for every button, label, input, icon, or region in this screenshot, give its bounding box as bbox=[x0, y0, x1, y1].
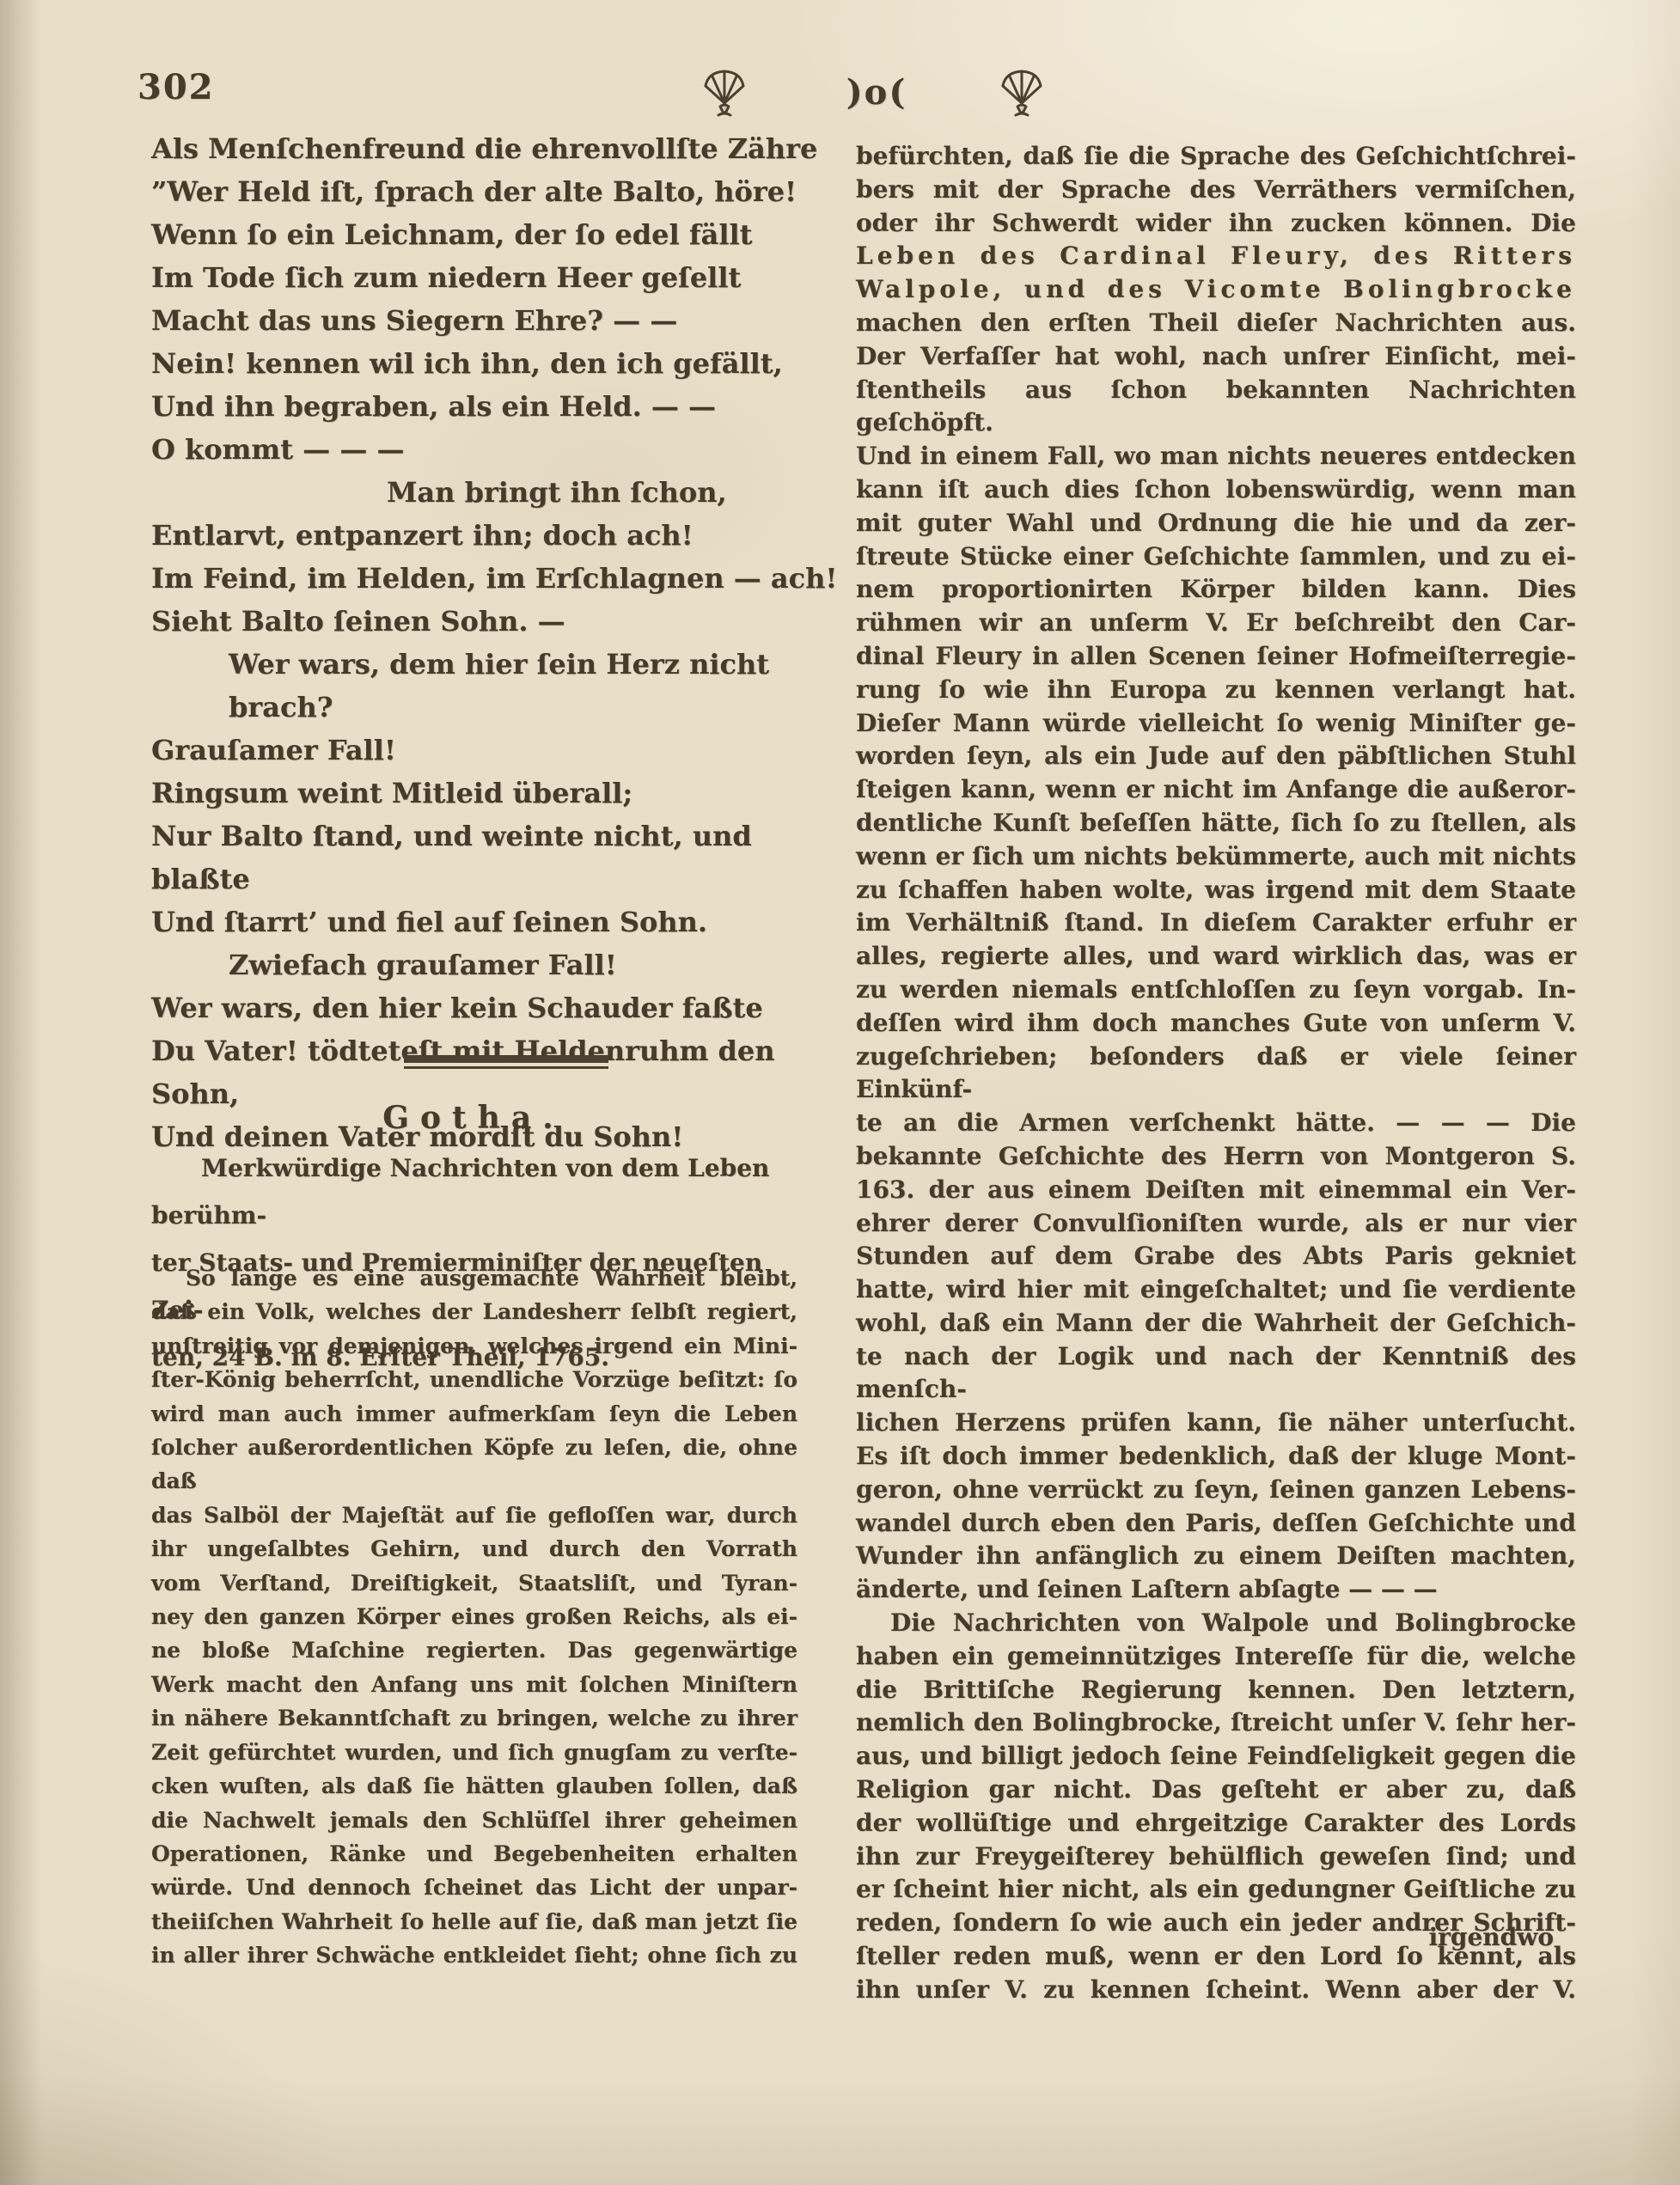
text-line: Entlarvt, entpanzert ihn; doch ach! bbox=[151, 514, 839, 557]
text-line: Nein! kennen wil ich ihn, den ich gefäll… bbox=[151, 342, 839, 385]
text-line: er ſcheint hier nicht, als ein gedungner… bbox=[856, 1873, 1576, 1907]
text-line: dentliche Kunſt beſeſſen hätte, ſich ſo … bbox=[856, 807, 1576, 840]
poem-block: Als Menſchenfreund die ehrenvollſte Zähr… bbox=[151, 127, 839, 1158]
text-line: Nur Balto ſtand, und weinte nicht, und b… bbox=[151, 815, 839, 900]
text-line: machen den erſten Theil dieſer Nachricht… bbox=[856, 307, 1576, 340]
text-line: Zwiefach grauſamer Fall! bbox=[151, 943, 839, 986]
section-divider-rule bbox=[404, 1055, 608, 1070]
text-line: ney den ganzen Körper eines großen Reich… bbox=[151, 1600, 797, 1633]
text-line: ſteigen kann, wenn er nicht im Anfange d… bbox=[856, 773, 1576, 807]
text-line: O kommt — — — bbox=[151, 428, 839, 471]
text-line: Die Nachrichten von Walpole und Bolingbr… bbox=[856, 1607, 1576, 1640]
text-line: oder ihr Schwerdt wider ihn zucken könne… bbox=[856, 207, 1576, 241]
text-line: hatte, wird hier mit eingeſchaltet; und … bbox=[856, 1273, 1576, 1307]
text-line: ne bloße Maſchine regierten. Das gegenwä… bbox=[151, 1633, 797, 1667]
section-heading: Gotha. bbox=[151, 1100, 796, 1136]
text-line: theiiſchen Wahrheit ſo helle auf ſie, da… bbox=[151, 1905, 797, 1938]
text-line: Macht das uns Siegern Ehre? — — bbox=[151, 299, 839, 342]
text-line: im Verhältniß ſtand. In dieſem Carakter … bbox=[856, 906, 1576, 940]
text-line: ehrer derer Convulſioniſten wurde, als e… bbox=[856, 1207, 1576, 1241]
text-line: zugeſchrieben; beſonders daß er viele ſe… bbox=[856, 1041, 1576, 1108]
text-line: Wer wars, dem hier ſein Herz nicht brach… bbox=[151, 643, 839, 729]
header-ornament-center: )o( bbox=[840, 72, 913, 113]
text-line: Stunden auf dem Grabe des Abts Paris gek… bbox=[856, 1240, 1576, 1273]
text-line: nemlich den Bolingbrocke, ſtreicht unſer… bbox=[856, 1706, 1576, 1740]
text-line: Grauſamer Fall! bbox=[151, 729, 839, 772]
text-line: Es iſt doch immer bedenklich, daß der kl… bbox=[856, 1440, 1576, 1474]
text-line: ſtentheils aus ſchon bekannten Nachricht… bbox=[856, 374, 1576, 441]
text-line: würde. Und dennoch ſcheinet das Licht de… bbox=[151, 1871, 797, 1904]
text-line: änderte, und ſeinen Laſtern abſagte — — … bbox=[856, 1573, 1576, 1607]
text-line: befürchten, daß ſie die Sprache des Geſc… bbox=[856, 140, 1576, 174]
text-line: ſtreute Stücke einer Geſchichte ſammlen,… bbox=[856, 540, 1576, 574]
text-line: ihn zur Freygeiſterey behülflich geweſen… bbox=[856, 1840, 1576, 1874]
text-line: ”Wer Held iſt, ſprach der alte Balto, hö… bbox=[151, 170, 839, 213]
text-line: rühmen wir an unſerm V. Er beſchreibt de… bbox=[856, 607, 1576, 640]
text-line: die Brittiſche Regierung kennen. Den let… bbox=[856, 1674, 1576, 1707]
text-line: Werk macht den Anfang uns mit ſolchen Mi… bbox=[151, 1668, 797, 1701]
text-line: die Nachwelt jemals den Schlüſſel ihrer … bbox=[151, 1804, 797, 1837]
text-line: Und ihn begraben, als ein Held. — — bbox=[151, 385, 839, 428]
text-line: Als Menſchenfreund die ehrenvollſte Zähr… bbox=[151, 127, 839, 170]
text-line: Im Tode ſich zum niedern Heer geſellt bbox=[151, 256, 839, 299]
text-line: kann iſt auch dies ſchon lobenswürdig, w… bbox=[856, 473, 1576, 507]
page-number: 302 bbox=[137, 67, 215, 107]
text-line: wohl, daß ein Mann der die Wahrheit der … bbox=[856, 1307, 1576, 1340]
text-line: nem proportionirten Körper bilden kann. … bbox=[856, 573, 1576, 607]
text-line: zu werden niemals entſchloſſen zu ſeyn v… bbox=[856, 973, 1576, 1007]
text-line: So lange es eine ausgemachte Wahrheit bl… bbox=[151, 1261, 797, 1295]
text-line: Und in einem Fall, wo man nichts neueres… bbox=[856, 440, 1576, 473]
text-line: Walpole, und des Vicomte Bolingbrocke bbox=[856, 273, 1576, 307]
catchword: irgendwo bbox=[856, 1923, 1554, 1951]
text-line: Leben des Cardinal Fleury, des Ritters bbox=[856, 240, 1576, 273]
text-line: Der Verfaſſer hat wohl, nach unſrer Einſ… bbox=[856, 340, 1576, 374]
text-line: Zeit gefürchtet wurden, und ſich gnugſam… bbox=[151, 1736, 797, 1769]
text-line: Religion gar nicht. Das geſteht er aber … bbox=[856, 1773, 1576, 1807]
text-line: te an die Armen verſchenkt hätte. — — — … bbox=[856, 1107, 1576, 1140]
text-line: unſtreitig vor demjenigen, welches irgen… bbox=[151, 1329, 797, 1363]
text-line: Und ſtarrt’ und fiel auf ſeinen Sohn. bbox=[151, 900, 839, 943]
text-line: Ringsum weint Mitleid überall; bbox=[151, 772, 839, 815]
text-line: ihn unſer V. zu kennen ſcheint. Wenn abe… bbox=[856, 1974, 1576, 2007]
text-line: Sieht Balto ſeinen Sohn. — bbox=[151, 600, 839, 643]
text-line: haben ein gemeinnütziges Intereſſe für d… bbox=[856, 1640, 1576, 1674]
text-line: Merkwürdige Nachrichten von dem Leben be… bbox=[151, 1144, 797, 1239]
text-line: 163. der aus einem Deiſten mit einemmal … bbox=[856, 1174, 1576, 1207]
text-line: lichen Herzens prüfen kann, ſie näher un… bbox=[856, 1407, 1576, 1440]
text-line: Operationen, Ränke und Begebenheiten erh… bbox=[151, 1837, 797, 1871]
text-line: vom Verſtand, Dreiſtigkeit, Staatsliſt, … bbox=[151, 1566, 797, 1600]
text-line: cken wuſten, als daß ſie hätten glauben … bbox=[151, 1769, 797, 1803]
text-line: ihr ungeſalbtes Gehirn, und durch den Vo… bbox=[151, 1532, 797, 1566]
text-line: Wer wars, den hier kein Schauder faßte bbox=[151, 986, 839, 1029]
text-line: bekannte Geſchichte des Herrn von Montge… bbox=[856, 1140, 1576, 1174]
text-line: ſolcher außerordentlichen Köpfe zu leſen… bbox=[151, 1431, 797, 1498]
text-line: Dieſer Mann würde vielleicht ſo wenig Mi… bbox=[856, 707, 1576, 741]
text-line: wandel durch eben den Paris, deſſen Geſc… bbox=[856, 1507, 1576, 1541]
shell-ornament-left bbox=[698, 69, 751, 124]
text-line: ſter-König beherrſcht, unendliche Vorzüg… bbox=[151, 1363, 797, 1396]
text-line: aus, und billigt jedoch ſeine Feindſelig… bbox=[856, 1740, 1576, 1773]
text-line: te nach der Logik und nach der Kenntniß … bbox=[856, 1340, 1576, 1407]
shell-icon bbox=[995, 69, 1048, 120]
text-line: Man bringt ihn ſchon, bbox=[151, 471, 839, 514]
shell-icon bbox=[698, 69, 751, 120]
text-line: Im Feind, im Helden, im Erſchlagnen — ac… bbox=[151, 557, 839, 600]
text-line: in aller ihrer Schwäche entkleidet ſieht… bbox=[151, 1938, 797, 1972]
right-column-text: befürchten, daß ſie die Sprache des Geſc… bbox=[856, 140, 1576, 2007]
text-line: wird man auch immer aufmerkſam ſeyn die … bbox=[151, 1397, 797, 1431]
shell-ornament-right bbox=[995, 69, 1048, 124]
text-line: rung ſo wie ihn Europa zu kennen verlang… bbox=[856, 674, 1576, 707]
book-page: 302 )o( Als Menſchenfreund die ehrenvoll… bbox=[0, 0, 1680, 2185]
text-line: das Salböl der Majeſtät auf ſie gefloſſe… bbox=[151, 1498, 797, 1532]
text-line: der wollüſtige und ehrgeitzige Carakter … bbox=[856, 1807, 1576, 1840]
text-line: Wunder ihn anfänglich zu einem Deiſten m… bbox=[856, 1540, 1576, 1573]
text-line: bers mit der Sprache des Verräthers verm… bbox=[856, 174, 1576, 207]
text-line: worden ſeyn, als ein Jude auf den päbſtl… bbox=[856, 740, 1576, 773]
text-line: zu ſchaffen haben wolte, was irgend mit … bbox=[856, 874, 1576, 907]
text-line: dinal Fleury in allen Scenen ſeiner Hofm… bbox=[856, 640, 1576, 674]
text-line: daß ein Volk, welches der Landesherr ſel… bbox=[151, 1295, 797, 1328]
text-line: deſſen wird ihm doch manches Gute von un… bbox=[856, 1007, 1576, 1041]
text-line: mit guter Wahl und Ordnung die hie und d… bbox=[856, 507, 1576, 540]
text-line: geron, ohne verrückt zu ſeyn, ſeinen gan… bbox=[856, 1474, 1576, 1507]
text-line: Wenn ſo ein Leichnam, der ſo edel fällt bbox=[151, 213, 839, 256]
text-line: wenn er ſich um nichts bekümmerte, auch … bbox=[856, 840, 1576, 874]
left-column-text: So lange es eine ausgemachte Wahrheit bl… bbox=[151, 1261, 797, 1973]
text-line: in nähere Bekanntſchaft zu bringen, welc… bbox=[151, 1701, 797, 1735]
text-line: alles, regierte alles, und ward wirklich… bbox=[856, 940, 1576, 973]
